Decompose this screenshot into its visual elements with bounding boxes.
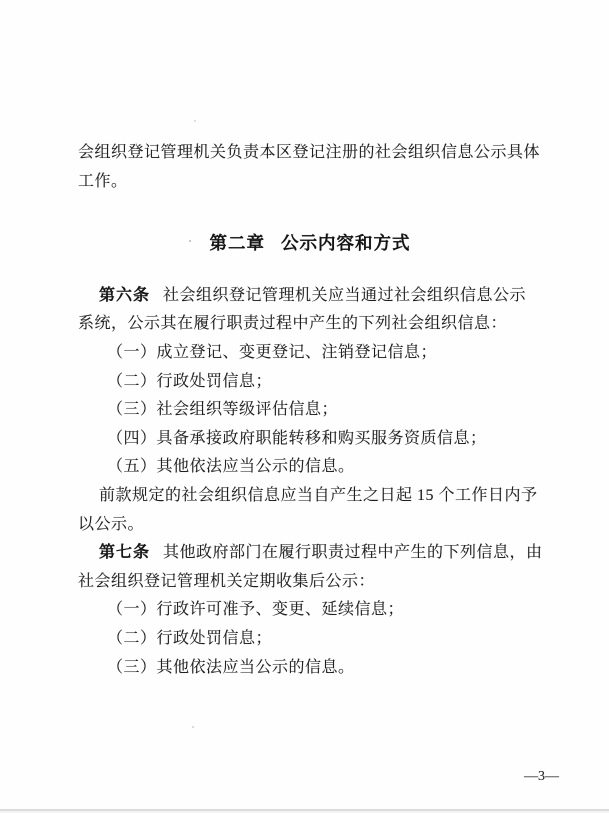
article6-closing-line-2: 以公示。 — [78, 511, 542, 540]
article7-intro-text: 其他政府部门在履行职责过程中产生的下列信息，由 — [163, 544, 543, 561]
article6-closing-line-1: 前款规定的社会组织信息应当自产生之日起 15 个工作日内予 — [78, 482, 542, 511]
article6-intro-line-1: 第六条社会组织登记管理机关应当通过社会组织信息公示 — [78, 282, 542, 311]
article7-item-3: （三）其他依法应当公示的信息。 — [78, 654, 542, 683]
article6-item-2: （二）行政处罚信息； — [78, 368, 542, 397]
article6-intro-text: 社会组织登记管理机关应当通过社会组织信息公示 — [163, 287, 526, 304]
article6-intro-line-2: 系统，公示其在履行职责过程中产生的下列社会组织信息： — [78, 310, 542, 339]
article7-item-1: （一）行政许可准予、变更、延续信息； — [78, 596, 542, 625]
continuation-line-1: 会组织登记管理机关负责本区登记注册的社会组织信息公示具体 — [78, 139, 542, 168]
scan-speck — [192, 726, 194, 728]
article6-item-4: （四）具备承接政府职能转移和购买服务资质信息； — [78, 425, 542, 454]
chapter-heading: 第二章公示内容和方式 — [78, 229, 542, 258]
scanned-document-page: 会组织登记管理机关负责本区登记注册的社会组织信息公示具体 工作。 第二章公示内容… — [0, 0, 609, 813]
article6-label: 第六条 — [99, 287, 150, 304]
article6-item-1: （一）成立登记、变更登记、注销登记信息； — [78, 339, 542, 368]
article6-item-3: （三）社会组织等级评估信息； — [78, 396, 542, 425]
chapter-title: 公示内容和方式 — [281, 233, 411, 253]
scan-speck — [194, 120, 196, 122]
continuation-line-2: 工作。 — [78, 168, 542, 197]
article6-item-5: （五）其他依法应当公示的信息。 — [78, 453, 542, 482]
page-number: —3— — [524, 769, 559, 785]
chapter-label: 第二章 — [210, 233, 266, 253]
article7-item-2: （二）行政处罚信息； — [78, 625, 542, 654]
article7-intro-line-2: 社会组织登记管理机关定期收集后公示： — [78, 568, 542, 597]
document-body: 会组织登记管理机关负责本区登记注册的社会组织信息公示具体 工作。 第二章公示内容… — [78, 139, 542, 682]
article7-intro-line-1: 第七条其他政府部门在履行职责过程中产生的下列信息，由 — [78, 539, 542, 568]
scan-speck — [189, 240, 191, 242]
article7-label: 第七条 — [99, 544, 150, 561]
